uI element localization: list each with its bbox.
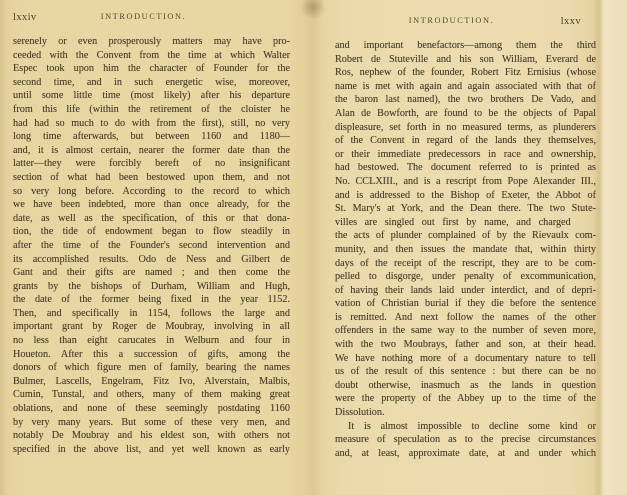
text-line: date, as well as the specification, of t… — [13, 212, 290, 226]
left-page-text: serenely or even prosperously matters ma… — [13, 35, 290, 456]
text-line: offenders in the same way to the number … — [335, 324, 596, 338]
text-line: so very long before. According to the re… — [13, 185, 290, 199]
text-line: vation of Christian burial if they die b… — [335, 297, 596, 311]
text-line: Cumin, Tunstal, and others, many of them… — [13, 388, 290, 402]
text-line: with the two Moubrays, father and son, a… — [335, 338, 596, 352]
text-line: the date of the former being fixed in th… — [13, 293, 290, 307]
text-line: and important benefactors—among them the… — [335, 39, 596, 53]
book-spread: lxxiv INTRODUCTION. serenely or even pro… — [0, 0, 627, 495]
text-line: munity, and then issues the mandate that… — [335, 243, 596, 257]
text-line: important grant by Roger de Moubray, inv… — [13, 320, 290, 334]
right-page: lxxv INTRODUCTION. and important benefac… — [313, 0, 627, 495]
text-line: Gant and their gifts are named ; and the… — [13, 266, 290, 280]
text-line: tion, the tide of endowment began to flo… — [13, 225, 290, 239]
text-line: the acts of plunder complained of by the… — [335, 229, 596, 243]
text-line: latter—they were forcibly bereft of no i… — [13, 157, 290, 171]
text-line: after the time of the Founder's second i… — [13, 239, 290, 253]
text-line: donors of which figure men of family, be… — [13, 361, 290, 375]
text-line: and, it is almost certain, nearer the fo… — [13, 144, 290, 158]
text-line: St. Mary's at York, and the Dean there. … — [335, 202, 596, 216]
text-line: specified in the above list, and yet wel… — [13, 443, 290, 457]
text-line: of the Convent in regard of the lands th… — [335, 134, 596, 148]
text-line: We have nothing more of a documentary na… — [335, 352, 596, 366]
text-line: measure of speculation as to the precise… — [335, 433, 596, 447]
text-line: us of the result of this sentence : but … — [335, 365, 596, 379]
text-line: had bestowed. The document referred to i… — [335, 161, 596, 175]
text-line: and, at least, approximate date, at and … — [335, 447, 596, 461]
text-line: Dissolution. — [335, 406, 596, 420]
text-line: doubt otherwise, inasmuch as the lands i… — [335, 379, 596, 393]
text-line: of having their lands laid under interdi… — [335, 284, 596, 298]
text-line: were the property of the Abbey up to the… — [335, 392, 596, 406]
text-line: from this life (within the retirement of… — [13, 103, 290, 117]
text-line: name is met with again and again associa… — [335, 80, 596, 94]
text-line: grants by the bishops of Durham, William… — [13, 280, 290, 294]
text-line: ceeded with the Convent from the time at… — [13, 49, 290, 63]
text-line: long time afterwards, but between 1160 a… — [13, 130, 290, 144]
text-line: and is addressed to the Bishop of Exeter… — [335, 189, 596, 203]
left-page-header: lxxiv INTRODUCTION. — [13, 12, 290, 26]
text-line: No. CCLXIII., and is a rescript from Pop… — [335, 175, 596, 189]
text-line: Robert de Stuteville and his son William… — [335, 53, 596, 67]
text-line: villes are singled out first by name, an… — [335, 216, 596, 230]
text-line: pelled to disgorge, under penalty of exc… — [335, 270, 596, 284]
left-page: lxxiv INTRODUCTION. serenely or even pro… — [0, 0, 313, 495]
right-page-text: and important benefactors—among them the… — [335, 39, 596, 460]
text-line: is remitted. And next follow the names o… — [335, 311, 596, 325]
text-line: notably De Moubray and his eldest son, w… — [13, 429, 290, 443]
text-line: days of the receipt of the rescript, the… — [335, 257, 596, 271]
left-running-title: INTRODUCTION. — [5, 12, 282, 21]
text-line: the baron last named), the two brothers … — [335, 93, 596, 107]
text-line: serenely or even prosperously matters ma… — [13, 35, 290, 49]
text-line: It is almost impossible to decline some … — [335, 420, 596, 434]
right-page-header: lxxv INTRODUCTION. — [335, 16, 596, 30]
right-running-title: INTRODUCTION. — [321, 16, 582, 25]
text-line: second time, and in such energetic wise,… — [13, 76, 290, 90]
text-line: until some little time (most likely) aft… — [13, 89, 290, 103]
text-line: oblations, and none of these seemingly p… — [13, 402, 290, 416]
text-line: Then, and specifically in 1154, follows … — [13, 307, 290, 321]
text-line: Houeton. After this a succession of gift… — [13, 348, 290, 362]
text-line: Bulmer, Lascells, Engelram, Fitz Ivo, Al… — [13, 375, 290, 389]
text-line: Alan de Bowforth, are found to be the ob… — [335, 107, 596, 121]
text-line: we have been indebted, more than once al… — [13, 198, 290, 212]
text-line: no less than eight carucates in Welburn … — [13, 334, 290, 348]
text-line: or their immediate predecessors in race … — [335, 148, 596, 162]
text-line: displeasure, set forth in no measured te… — [335, 121, 596, 135]
text-line: had had so much to do with from the firs… — [13, 117, 290, 131]
text-line: Ros, nephew of the founder, Robert Fitz … — [335, 66, 596, 80]
text-line: section of what had been bestowed upon t… — [13, 171, 290, 185]
text-line: by very many years. But some of these ve… — [13, 416, 290, 430]
text-line: Espec took upon him the character of Fou… — [13, 62, 290, 76]
text-line: its accomplished results. Odo de Ness an… — [13, 253, 290, 267]
